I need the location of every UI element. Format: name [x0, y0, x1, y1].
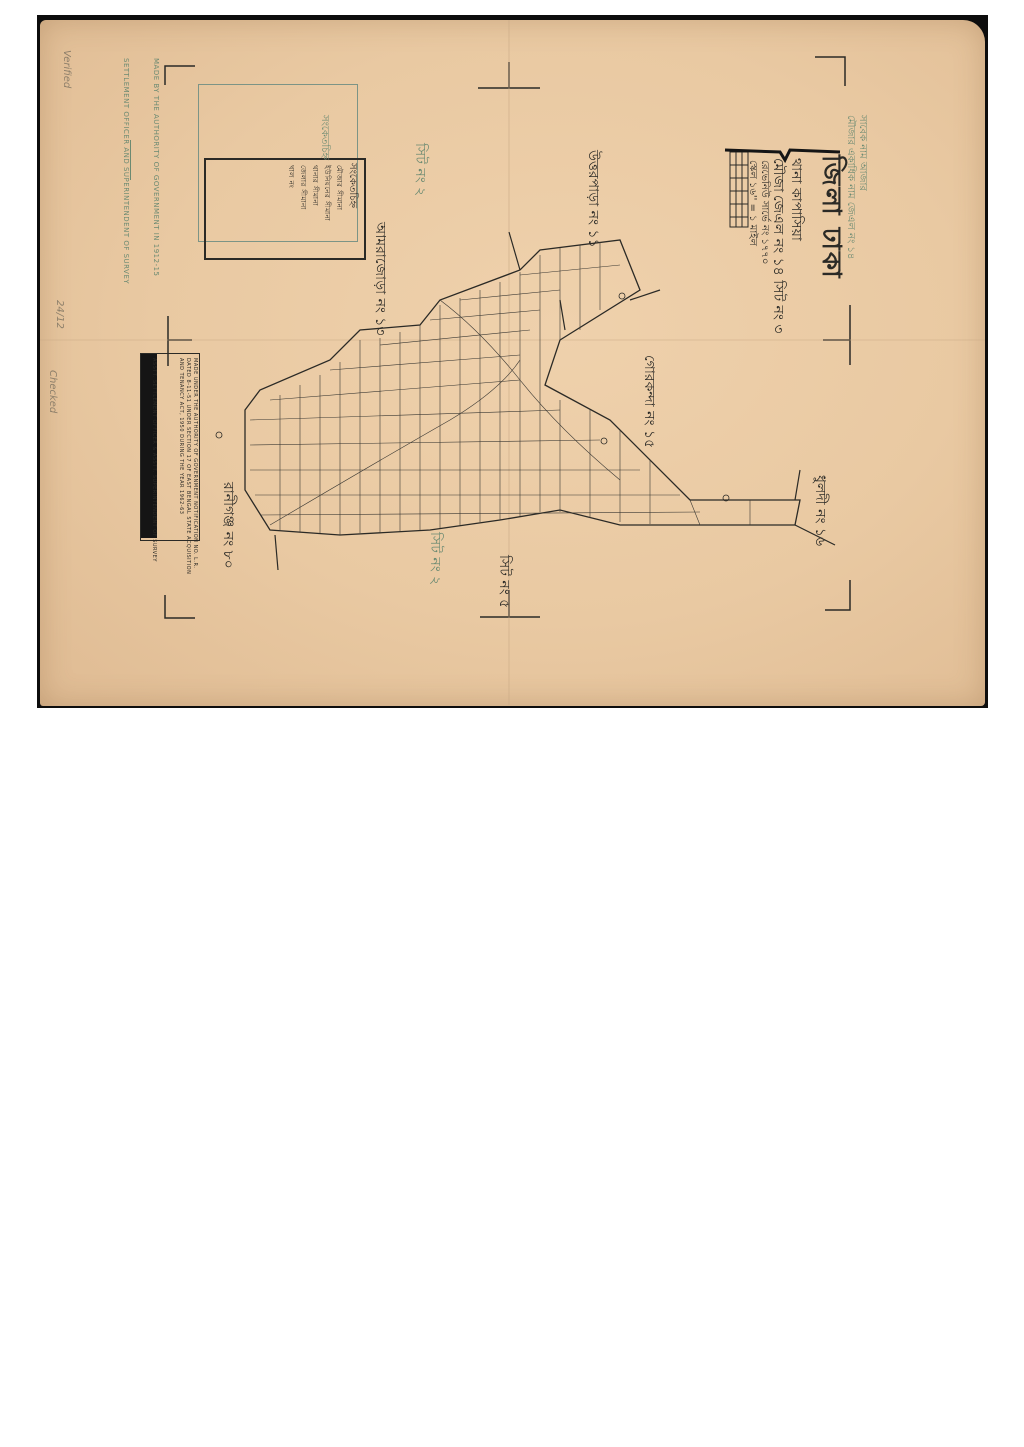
alt-name-label: মৌজার একাধিক নাম জেএল নং ১৪ [841, 115, 858, 259]
officer-text: SETTLEMENT OFFICER AND SUPERINTENDENT OF… [122, 58, 130, 284]
sheet-label-south: সিট নং ৫ [492, 555, 516, 608]
handwritten-note: 24/12 [54, 300, 65, 329]
sheet-label-left: সিট নং ২ [408, 143, 432, 196]
boundary-label-east: গোরকন্দা নং ১৫ [637, 355, 661, 448]
boundary-label-southwest: রানীগঞ্জ নং ৮০ [216, 482, 240, 569]
signature [130, 140, 151, 180]
legend-item: খাল নং [285, 165, 297, 188]
legend-item: মৌজার সীমানা [333, 165, 345, 210]
handwritten-note: Verified [61, 50, 72, 88]
legend-green-heading: সংকেতচিহ্ন [315, 115, 332, 160]
notice-line: MADE UNDER THE AUTHORITY OF GOVERNMENT N… [192, 358, 198, 568]
legend-item: ইউনিয়নের সীমানা [321, 165, 333, 221]
legend-item: থানার সীমানা [309, 165, 321, 206]
boundary-label-southeast: ধুলদী নং ১৬ [808, 475, 832, 546]
sheet-label-south-2: সিট নং ২ [423, 532, 447, 585]
boundary-label-north: উত্তরপাড়া নং ১১ [581, 150, 605, 248]
legend-heading: সংকেতচিহ্ন [343, 163, 360, 208]
handwritten-note: Checked [47, 370, 58, 413]
legend-item: জেলার সীমানা [297, 165, 309, 210]
notice-line: AND TENANCY ACT, 1950 DURING THE YEAR 19… [178, 358, 184, 514]
boundary-label-west: আমরাজোড়া নং ১৩ [368, 222, 392, 336]
authority-text: MADE BY THE AUTHORITY OF GOVERNMENT IN 1… [152, 58, 160, 277]
notice-line: DATED 8-11-51 UNDER SECTION 17 OF EAST B… [185, 358, 191, 574]
scale-info: স্কেল ১৬'' = ১ মাইল [743, 160, 760, 246]
notice-footer: ASSTT. SETTLEMENT OFFICER & ASSTT. SUPER… [151, 358, 157, 562]
parcel-grid [250, 242, 750, 535]
